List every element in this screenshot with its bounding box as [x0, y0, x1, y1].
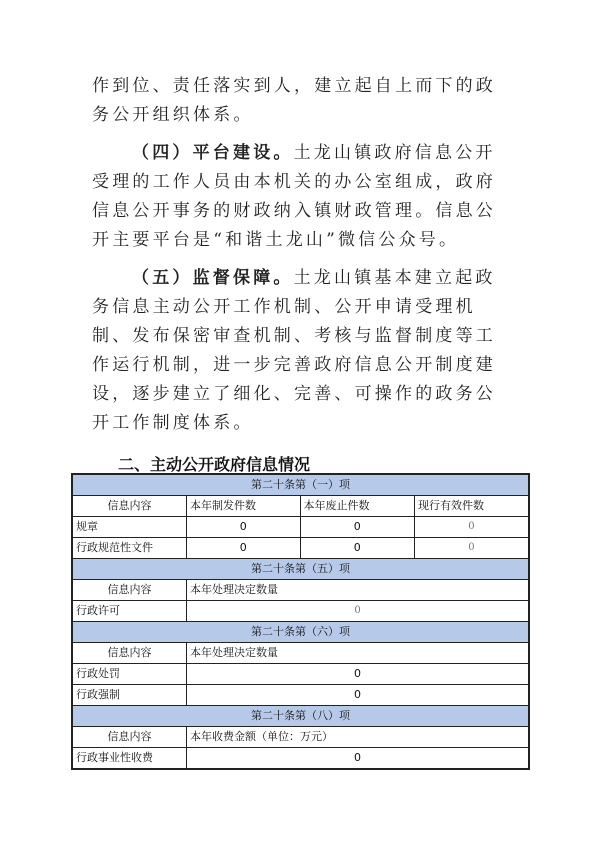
- section-header-row: 第二十条第（一）项: [72, 474, 529, 496]
- row-label: 行政规范性文件: [72, 538, 187, 559]
- cell-value: 0: [300, 517, 414, 538]
- header-row: 信息内容 本年收费金额（单位：万元）: [72, 727, 529, 748]
- paragraph-supervision: （五）监督保障。土龙山镇基本建立起政务信息主动公开工作机制、公开申请受理机制、发…: [92, 264, 512, 438]
- cell-value: 0: [187, 601, 530, 622]
- header-row: 信息内容 本年制发件数 本年废止件数 现行有效件数: [72, 496, 529, 517]
- header-row: 信息内容 本年处理决定数量: [72, 643, 529, 664]
- column-header: 本年制发件数: [187, 496, 301, 517]
- cell-value: 0: [187, 517, 301, 538]
- section-title: 第二十条第（五）项: [72, 559, 529, 580]
- header-row: 信息内容 本年处理决定数量: [72, 580, 529, 601]
- paragraph-lead: （四）平台建设。: [132, 143, 294, 163]
- paragraph-text: 土龙山镇基本建立起政务信息主动公开工作机制、公开申请受理机制、发布保密审查机制、…: [92, 268, 496, 433]
- table-row: 行政许可 0: [72, 601, 529, 622]
- paragraph-text: 作到位、责任落实到人，建立起自上而下的政务公开组织体系。: [92, 76, 496, 125]
- column-header: 本年收费金额（单位：万元）: [187, 727, 530, 748]
- cell-value: 0: [414, 538, 529, 559]
- column-header: 本年处理决定数量: [187, 580, 530, 601]
- paragraph-lead: （五）监督保障。: [132, 268, 294, 288]
- cell-value: 0: [187, 685, 530, 706]
- table-row: 行政强制 0: [72, 685, 529, 706]
- row-label: 行政强制: [72, 685, 187, 706]
- table-row: 行政事业性收费 0: [72, 748, 529, 770]
- cell-value: 0: [187, 538, 301, 559]
- cell-value: 0: [414, 517, 529, 538]
- table-row: 规章 0 0 0: [72, 517, 529, 538]
- section-title: 第二十条第（一）项: [72, 474, 529, 496]
- column-header: 信息内容: [72, 727, 187, 748]
- paragraph-continuation: 作到位、责任落实到人，建立起自上而下的政务公开组织体系。: [92, 72, 512, 130]
- paragraph-platform: （四）平台建设。土龙山镇政府信息公开受理的工作人员由本机关的办公室组成，政府信息…: [92, 139, 512, 255]
- section-title: 第二十条第（六）项: [72, 622, 529, 643]
- section-header-row: 第二十条第（五）项: [72, 559, 529, 580]
- section-header-row: 第二十条第（六）项: [72, 622, 529, 643]
- row-label: 行政事业性收费: [72, 748, 187, 770]
- column-header: 信息内容: [72, 643, 187, 664]
- row-label: 行政许可: [72, 601, 187, 622]
- table-row: 行政处罚 0: [72, 664, 529, 685]
- column-header: 信息内容: [72, 496, 187, 517]
- section-title: 第二十条第（八）项: [72, 706, 529, 727]
- column-header: 信息内容: [72, 580, 187, 601]
- column-header: 现行有效件数: [414, 496, 529, 517]
- table-row: 行政规范性文件 0 0 0: [72, 538, 529, 559]
- row-label: 行政处罚: [72, 664, 187, 685]
- cell-value: 0: [300, 538, 414, 559]
- section-heading: 二、主动公开政府信息情况: [118, 452, 310, 475]
- row-label: 规章: [72, 517, 187, 538]
- disclosure-table: 第二十条第（一）项 信息内容 本年制发件数 本年废止件数 现行有效件数 规章 0…: [71, 473, 530, 770]
- column-header: 本年处理决定数量: [187, 643, 530, 664]
- cell-value: 0: [187, 748, 530, 770]
- column-header: 本年废止件数: [300, 496, 414, 517]
- section-header-row: 第二十条第（八）项: [72, 706, 529, 727]
- cell-value: 0: [187, 664, 530, 685]
